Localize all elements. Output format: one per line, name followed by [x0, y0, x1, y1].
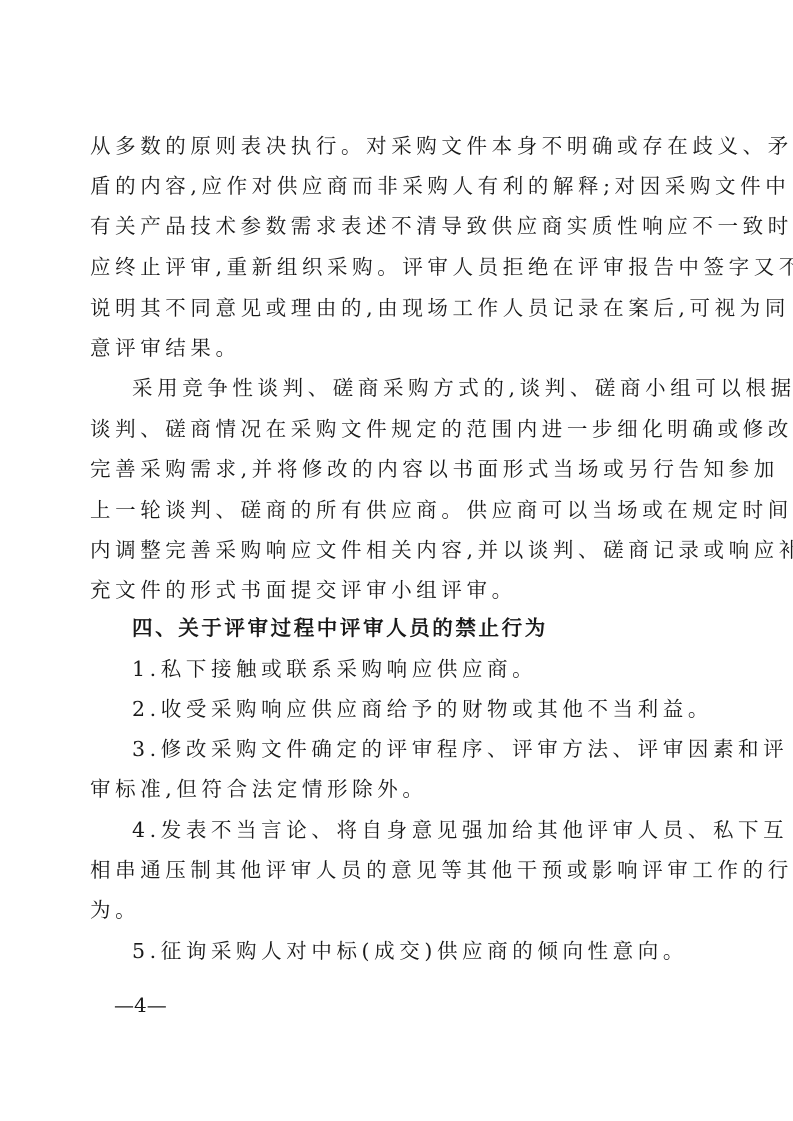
page-number: —4— — [114, 990, 167, 1020]
list-item: 5.征询采购人对中标(成交)供应商的倾向性意向。 — [132, 936, 752, 966]
list-item: 2.收受采购响应供应商给予的财物或其他不当利益。 — [132, 694, 752, 724]
list-item: 4.发表不当言论、将自身意见强加给其他评审人员、私下互 — [132, 815, 752, 845]
paragraph-line: 充文件的形式书面提交评审小组评审。 — [90, 575, 710, 605]
list-item: 1.私下接触或联系采购响应供应商。 — [132, 654, 752, 684]
paragraph-line: 谈判、磋商情况在采购文件规定的范围内进一步细化明确或修改 — [90, 414, 710, 444]
paragraph-line: 有关产品技术参数需求表述不清导致供应商实质性响应不一致时, — [90, 211, 710, 241]
paragraph-line: 盾的内容,应作对供应商而非采购人有利的解释;对因采购文件中 — [90, 171, 710, 201]
paragraph-line: 内调整完善采购响应文件相关内容,并以谈判、磋商记录或响应补 — [90, 535, 710, 565]
paragraph-line: 上一轮谈判、磋商的所有供应商。供应商可以当场或在规定时间 — [90, 495, 710, 525]
list-item-continuation: 审标准,但符合法定情形除外。 — [90, 774, 710, 804]
paragraph-line: 应终止评审,重新组织采购。评审人员拒绝在评审报告中签字又不 — [90, 252, 710, 282]
paragraph-line: 采用竞争性谈判、磋商采购方式的,谈判、磋商小组可以根据 — [132, 373, 752, 403]
list-item: 3.修改采购文件确定的评审程序、评审方法、评审因素和评 — [132, 734, 752, 764]
paragraph-line: 从多数的原则表决执行。对采购文件本身不明确或存在歧义、矛 — [90, 131, 710, 161]
paragraph-line: 完善采购需求,并将修改的内容以书面形式当场或另行告知参加 — [90, 454, 710, 484]
paragraph-line: 意评审结果。 — [90, 333, 710, 363]
section-heading: 四、关于评审过程中评审人员的禁止行为 — [132, 613, 752, 643]
document-page: 从多数的原则表决执行。对采购文件本身不明确或存在歧义、矛 盾的内容,应作对供应商… — [0, 0, 793, 1121]
list-item-continuation: 相串通压制其他评审人员的意见等其他干预或影响评审工作的行 — [90, 855, 710, 885]
list-item-continuation: 为。 — [90, 895, 710, 925]
paragraph-line: 说明其不同意见或理由的,由现场工作人员记录在案后,可视为同 — [90, 293, 710, 323]
